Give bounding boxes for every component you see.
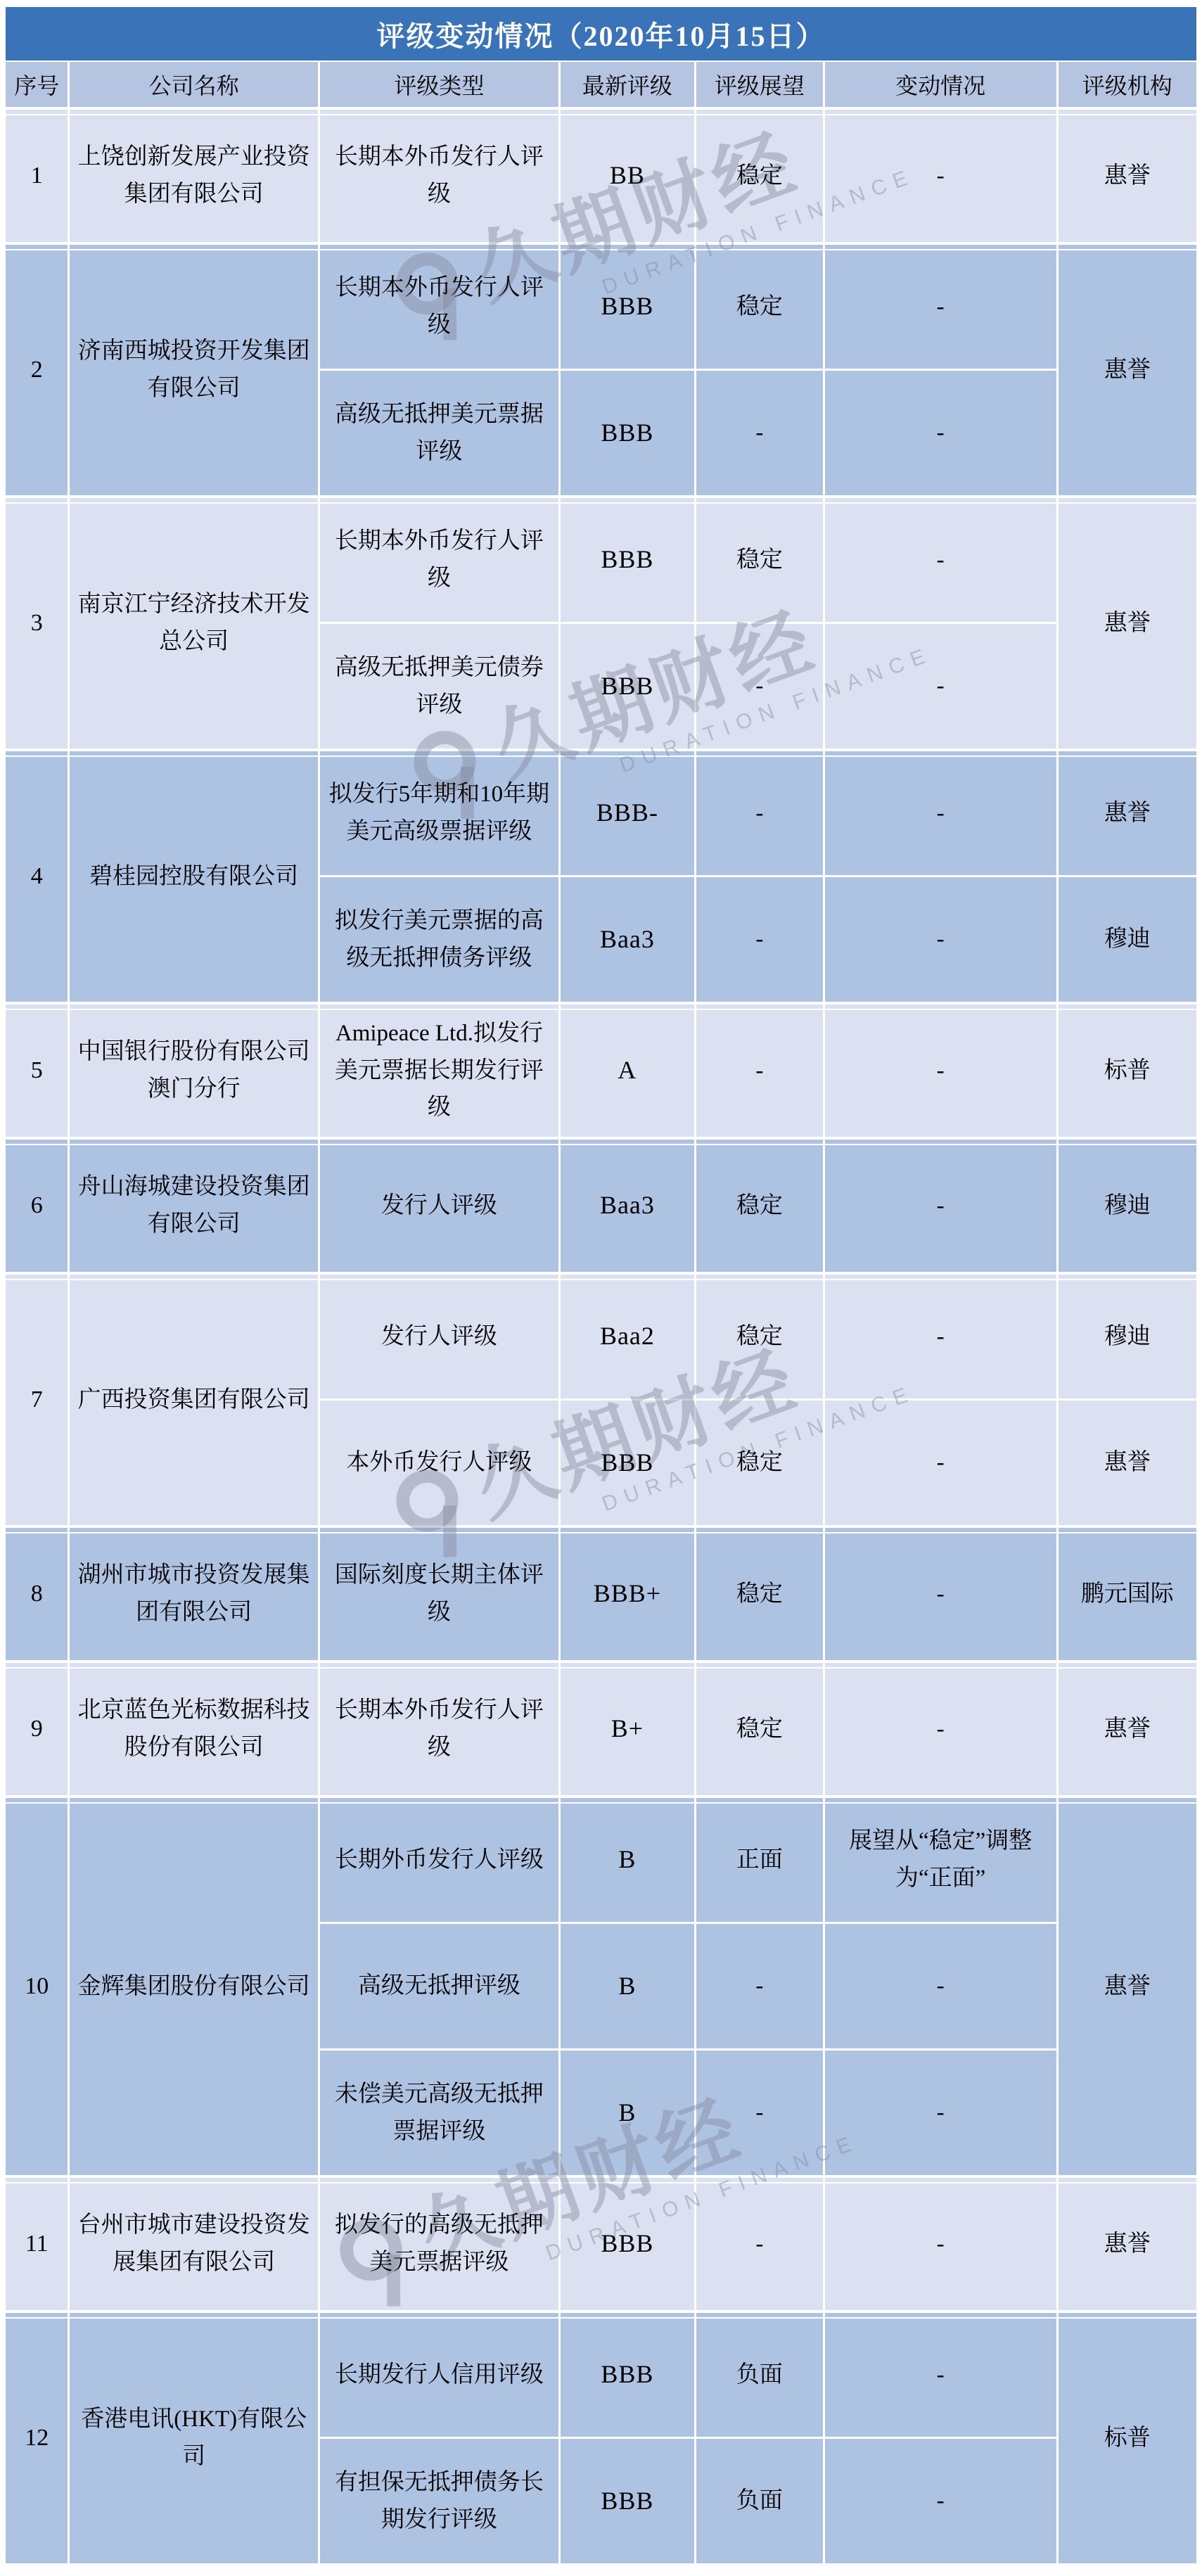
row-number-cell: 12 [6,2310,70,2563]
table-row: 7广西投资集团有限公司发行人评级Baa2稳定-穆迪 [6,1272,1196,1398]
company-name-cell: 舟山海城建设投资集团有限公司 [70,1137,320,1272]
change-detail-cell: 展望从“稳定”调整为“正面” [825,1795,1059,1922]
rating-agency-cell: 惠誉 [1059,242,1196,495]
latest-rating-cell: B+ [561,1660,696,1795]
rating-agency-cell: 惠誉 [1059,748,1196,875]
table-row: 9北京蓝色光标数据科技股份有限公司长期本外币发行人评级B+稳定-惠誉 [6,1660,1196,1795]
rating-agency-cell: 鹏元国际 [1059,1525,1196,1660]
rating-agency-cell: 穆迪 [1059,875,1196,1002]
table-row: 8湖州市城市投资发展集团有限公司国际刻度长期主体评级BBB+稳定-鹏元国际 [6,1525,1196,1660]
rating-outlook-cell: 稳定 [696,1525,825,1660]
change-detail-cell: - [825,2310,1059,2437]
latest-rating-cell: Baa2 [561,1272,696,1398]
row-number-cell: 4 [6,748,70,1002]
table-row: 11台州市城市建设投资发展集团有限公司拟发行的高级无抵押美元票据评级BBB--惠… [6,2175,1196,2310]
rating-outlook-cell: - [696,1002,825,1137]
row-number-cell: 3 [6,495,70,748]
latest-rating-cell: BBB [561,2437,696,2563]
latest-rating-cell: BBB+ [561,1525,696,1660]
latest-rating-cell: Baa3 [561,875,696,1002]
change-detail-cell: - [825,1398,1059,1525]
rating-outlook-cell: - [696,748,825,875]
rating-outlook-cell: - [696,622,825,748]
title-bar: 评级变动情况（2020年10月15日） [6,7,1196,60]
rating-agency-cell: 标普 [1059,1002,1196,1137]
rating-type-cell: 发行人评级 [320,1272,561,1398]
company-name-cell: 金辉集团股份有限公司 [70,1795,320,2175]
page-title: 评级变动情况（2020年10月15日） [377,14,826,54]
latest-rating-cell: B [561,1795,696,1922]
rating-agency-cell: 惠誉 [1059,107,1196,242]
change-detail-cell: - [825,1272,1059,1398]
rating-outlook-cell: 正面 [696,1795,825,1922]
rating-type-cell: 未偿美元高级无抵押票据评级 [320,2048,561,2175]
rating-outlook-cell: - [696,369,825,495]
rating-agency-cell: 穆迪 [1059,1137,1196,1272]
table-row: 6舟山海城建设投资集团有限公司发行人评级Baa3稳定-穆迪 [6,1137,1196,1272]
row-number-cell: 11 [6,2175,70,2310]
rating-type-cell: 长期本外币发行人评级 [320,107,561,242]
change-detail-cell: - [825,2048,1059,2175]
table-row: 5中国银行股份有限公司澳门分行Amipeace Ltd.拟发行美元票据长期发行评… [6,1002,1196,1137]
latest-rating-cell: BBB [561,1398,696,1525]
change-detail-cell: - [825,1922,1059,2048]
company-name-cell: 碧桂园控股有限公司 [70,748,320,1002]
rating-agency-cell: 惠誉 [1059,2175,1196,2310]
rating-type-cell: 国际刻度长期主体评级 [320,1525,561,1660]
table-row: 12香港电讯(HKT)有限公司长期发行人信用评级BBB负面-标普 [6,2310,1196,2437]
table-header: 序号公司名称评级类型最新评级评级展望变动情况评级机构 [6,62,1196,107]
rating-outlook-cell: - [696,875,825,1002]
column-header-4: 最新评级 [561,62,696,107]
row-number-cell: 5 [6,1002,70,1137]
rating-type-cell: 高级无抵押评级 [320,1922,561,2048]
latest-rating-cell: BB [561,107,696,242]
row-number-cell: 1 [6,107,70,242]
latest-rating-cell: BBB [561,2175,696,2310]
column-header-1: 序号 [6,62,70,107]
column-header-6: 变动情况 [825,62,1059,107]
rating-agency-cell: 穆迪 [1059,1272,1196,1398]
page: 评级变动情况（2020年10月15日） 序号公司名称评级类型最新评级评级展望变动… [0,0,1202,2576]
change-detail-cell: - [825,495,1059,622]
change-detail-cell: - [825,748,1059,875]
row-number-cell: 9 [6,1660,70,1795]
change-detail-cell: - [825,622,1059,748]
rating-outlook-cell: 稳定 [696,1137,825,1272]
rating-agency-cell: 惠誉 [1059,1398,1196,1525]
company-name-cell: 北京蓝色光标数据科技股份有限公司 [70,1660,320,1795]
rating-type-cell: 拟发行的高级无抵押美元票据评级 [320,2175,561,2310]
rating-type-cell: Amipeace Ltd.拟发行美元票据长期发行评级 [320,1002,561,1137]
table-row: 4碧桂园控股有限公司拟发行5年期和10年期美元高级票据评级BBB---惠誉 [6,748,1196,875]
latest-rating-cell: BBB [561,242,696,369]
change-detail-cell: - [825,242,1059,369]
rating-type-cell: 长期本外币发行人评级 [320,495,561,622]
latest-rating-cell: BBB- [561,748,696,875]
rating-type-cell: 长期外币发行人评级 [320,1795,561,1922]
rating-type-cell: 有担保无抵押债务长期发行评级 [320,2437,561,2563]
rating-outlook-cell: - [696,2175,825,2310]
rating-type-cell: 高级无抵押美元债券评级 [320,622,561,748]
rating-outlook-cell: - [696,1922,825,2048]
latest-rating-cell: A [561,1002,696,1137]
rating-outlook-cell: 稳定 [696,1398,825,1525]
rating-agency-cell: 惠誉 [1059,1795,1196,2175]
ratings-table: 序号公司名称评级类型最新评级评级展望变动情况评级机构 1上饶创新发展产业投资集团… [6,62,1196,2563]
change-detail-cell: - [825,107,1059,242]
row-number-cell: 6 [6,1137,70,1272]
column-header-5: 评级展望 [696,62,825,107]
rating-type-cell: 长期本外币发行人评级 [320,242,561,369]
rating-type-cell: 长期发行人信用评级 [320,2310,561,2437]
column-header-7: 评级机构 [1059,62,1196,107]
change-detail-cell: - [825,1660,1059,1795]
rating-type-cell: 拟发行美元票据的高级无抵押债务评级 [320,875,561,1002]
rating-agency-cell: 标普 [1059,2310,1196,2563]
rating-type-cell: 拟发行5年期和10年期美元高级票据评级 [320,748,561,875]
company-name-cell: 上饶创新发展产业投资集团有限公司 [70,107,320,242]
rating-outlook-cell: 稳定 [696,1660,825,1795]
rating-type-cell: 发行人评级 [320,1137,561,1272]
latest-rating-cell: Baa3 [561,1137,696,1272]
company-name-cell: 香港电讯(HKT)有限公司 [70,2310,320,2563]
company-name-cell: 中国银行股份有限公司澳门分行 [70,1002,320,1137]
row-number-cell: 7 [6,1272,70,1525]
change-detail-cell: - [825,1137,1059,1272]
row-number-cell: 2 [6,242,70,495]
column-header-2: 公司名称 [70,62,320,107]
company-name-cell: 济南西城投资开发集团有限公司 [70,242,320,495]
change-detail-cell: - [825,1525,1059,1660]
change-detail-cell: - [825,369,1059,495]
company-name-cell: 台州市城市建设投资发展集团有限公司 [70,2175,320,2310]
latest-rating-cell: BBB [561,369,696,495]
rating-outlook-cell: 稳定 [696,495,825,622]
table-row: 2济南西城投资开发集团有限公司长期本外币发行人评级BBB稳定-惠誉 [6,242,1196,369]
rating-outlook-cell: 负面 [696,2437,825,2563]
rating-outlook-cell: - [696,2048,825,2175]
latest-rating-cell: BBB [561,495,696,622]
rating-outlook-cell: 稳定 [696,107,825,242]
change-detail-cell: - [825,2437,1059,2563]
latest-rating-cell: B [561,2048,696,2175]
rating-outlook-cell: 稳定 [696,242,825,369]
table-row: 1上饶创新发展产业投资集团有限公司长期本外币发行人评级BB稳定-惠誉 [6,107,1196,242]
change-detail-cell: - [825,1002,1059,1137]
rating-type-cell: 高级无抵押美元票据评级 [320,369,561,495]
rating-type-cell: 长期本外币发行人评级 [320,1660,561,1795]
latest-rating-cell: BBB [561,622,696,748]
change-detail-cell: - [825,2175,1059,2310]
rating-agency-cell: 惠誉 [1059,1660,1196,1795]
change-detail-cell: - [825,875,1059,1002]
row-number-cell: 8 [6,1525,70,1660]
rating-type-cell: 本外币发行人评级 [320,1398,561,1525]
table-row: 3南京江宁经济技术开发总公司长期本外币发行人评级BBB稳定-惠誉 [6,495,1196,622]
table-row: 10金辉集团股份有限公司长期外币发行人评级B正面展望从“稳定”调整为“正面”惠誉 [6,1795,1196,1922]
company-name-cell: 广西投资集团有限公司 [70,1272,320,1525]
rating-agency-cell: 惠誉 [1059,495,1196,748]
rating-outlook-cell: 稳定 [696,1272,825,1398]
company-name-cell: 南京江宁经济技术开发总公司 [70,495,320,748]
company-name-cell: 湖州市城市投资发展集团有限公司 [70,1525,320,1660]
row-number-cell: 10 [6,1795,70,2175]
latest-rating-cell: B [561,1922,696,2048]
column-header-3: 评级类型 [320,62,561,107]
table-body: 1上饶创新发展产业投资集团有限公司长期本外币发行人评级BB稳定-惠誉2济南西城投… [6,107,1196,2563]
rating-outlook-cell: 负面 [696,2310,825,2437]
header-row: 序号公司名称评级类型最新评级评级展望变动情况评级机构 [6,62,1196,107]
latest-rating-cell: BBB [561,2310,696,2437]
